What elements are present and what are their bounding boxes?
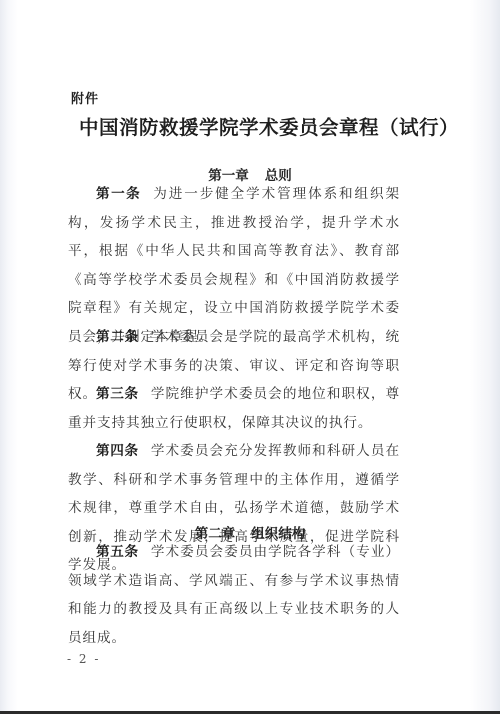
article-label: 第五条: [96, 544, 139, 560]
article-text: 为进一步健全学术管理体系和组织架构，发扬学术民主，推进教授治学，提升学术水平，根…: [68, 186, 400, 345]
article-5: 第五条学术委员会委员由学院各学科（专业）领域学术造诣高、学风端正、有参与学术议事…: [68, 538, 400, 652]
article-label: 第二条: [96, 329, 139, 345]
article-3: 第三条学院维护学术委员会的地位和职权，尊重并支持其独立行使职权，保障其决议的执行…: [68, 380, 400, 437]
article-label: 第三条: [96, 386, 139, 402]
article-label: 第一条: [96, 186, 141, 202]
page-number: - 2 -: [67, 652, 100, 666]
attachment-label: 附件: [71, 88, 99, 107]
article-label: 第四条: [96, 443, 139, 459]
document-page: 附件 中国消防救援学院学术委员会章程（试行） 第一章总则 第一条为进一步健全学术…: [0, 0, 500, 711]
document-title: 中国消防救援学院学术委员会章程（试行）: [79, 112, 459, 140]
